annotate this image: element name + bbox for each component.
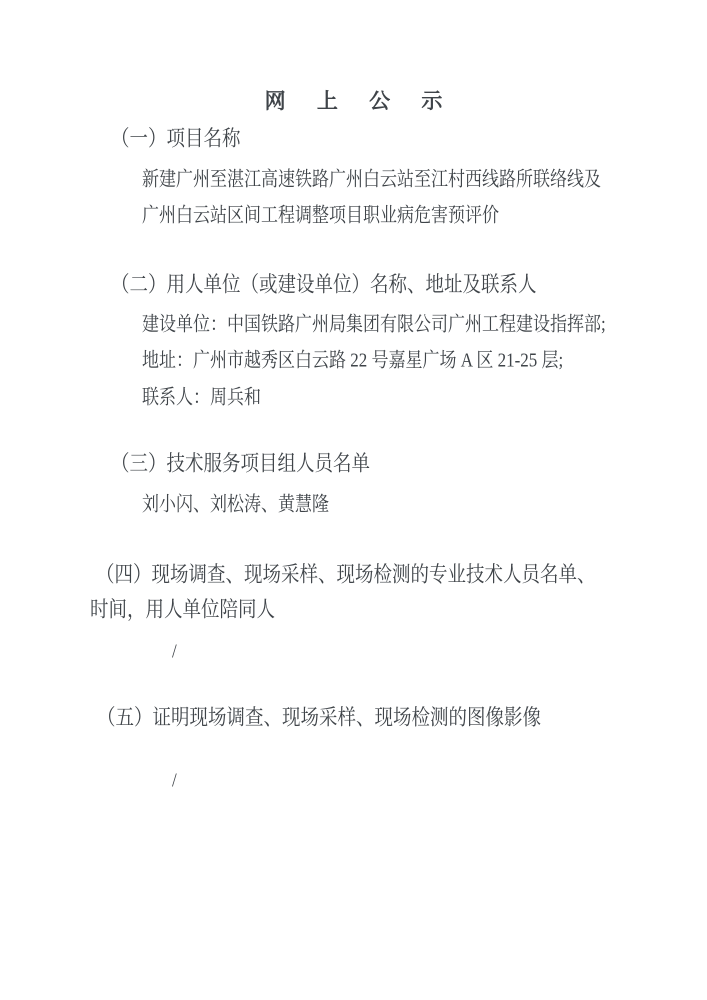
document-page: 网 上 公 示 （一）项目名称 新建广州至湛江高速铁路广州白云站至江村西线路所联… [0, 0, 707, 1000]
section-5-placeholder-slash: / [172, 770, 177, 790]
section-3-heading: （三）技术服务项目组人员名单 [111, 454, 370, 476]
section-4-heading-line-2: 时间，用人单位陪同人 [90, 600, 275, 622]
section-3-personnel-names: 刘小闪、刘松涛、黄慧隆 [142, 494, 329, 514]
section-2-construction-unit: 建设单位：中国铁路广州局集团有限公司广州工程建设指挥部; [142, 314, 606, 334]
section-1-body-line-2: 广州白云站区间工程调整项目职业病危害预评价 [142, 205, 499, 225]
document-title: 网 上 公 示 [0, 91, 707, 112]
section-2-address: 地址：广州市越秀区白云路 22 号嘉星广场 A 区 21-25 层; [142, 350, 563, 370]
section-5-heading: （五）证明现场调查、现场采样、现场检测的图像影像 [97, 708, 541, 730]
section-2-contact-person: 联系人：周兵和 [142, 387, 261, 407]
section-4-heading-line-1: （四）现场调查、现场采样、现场检测的专业技术人员名单、 [96, 565, 596, 587]
section-2-heading: （二）用人单位（或建设单位）名称、地址及联系人 [111, 275, 537, 297]
section-4-placeholder-slash: / [172, 641, 177, 661]
section-1-body-line-1: 新建广州至湛江高速铁路广州白云站至江村西线路所联络线及 [142, 169, 601, 189]
section-1-heading: （一）项目名称 [111, 129, 241, 151]
